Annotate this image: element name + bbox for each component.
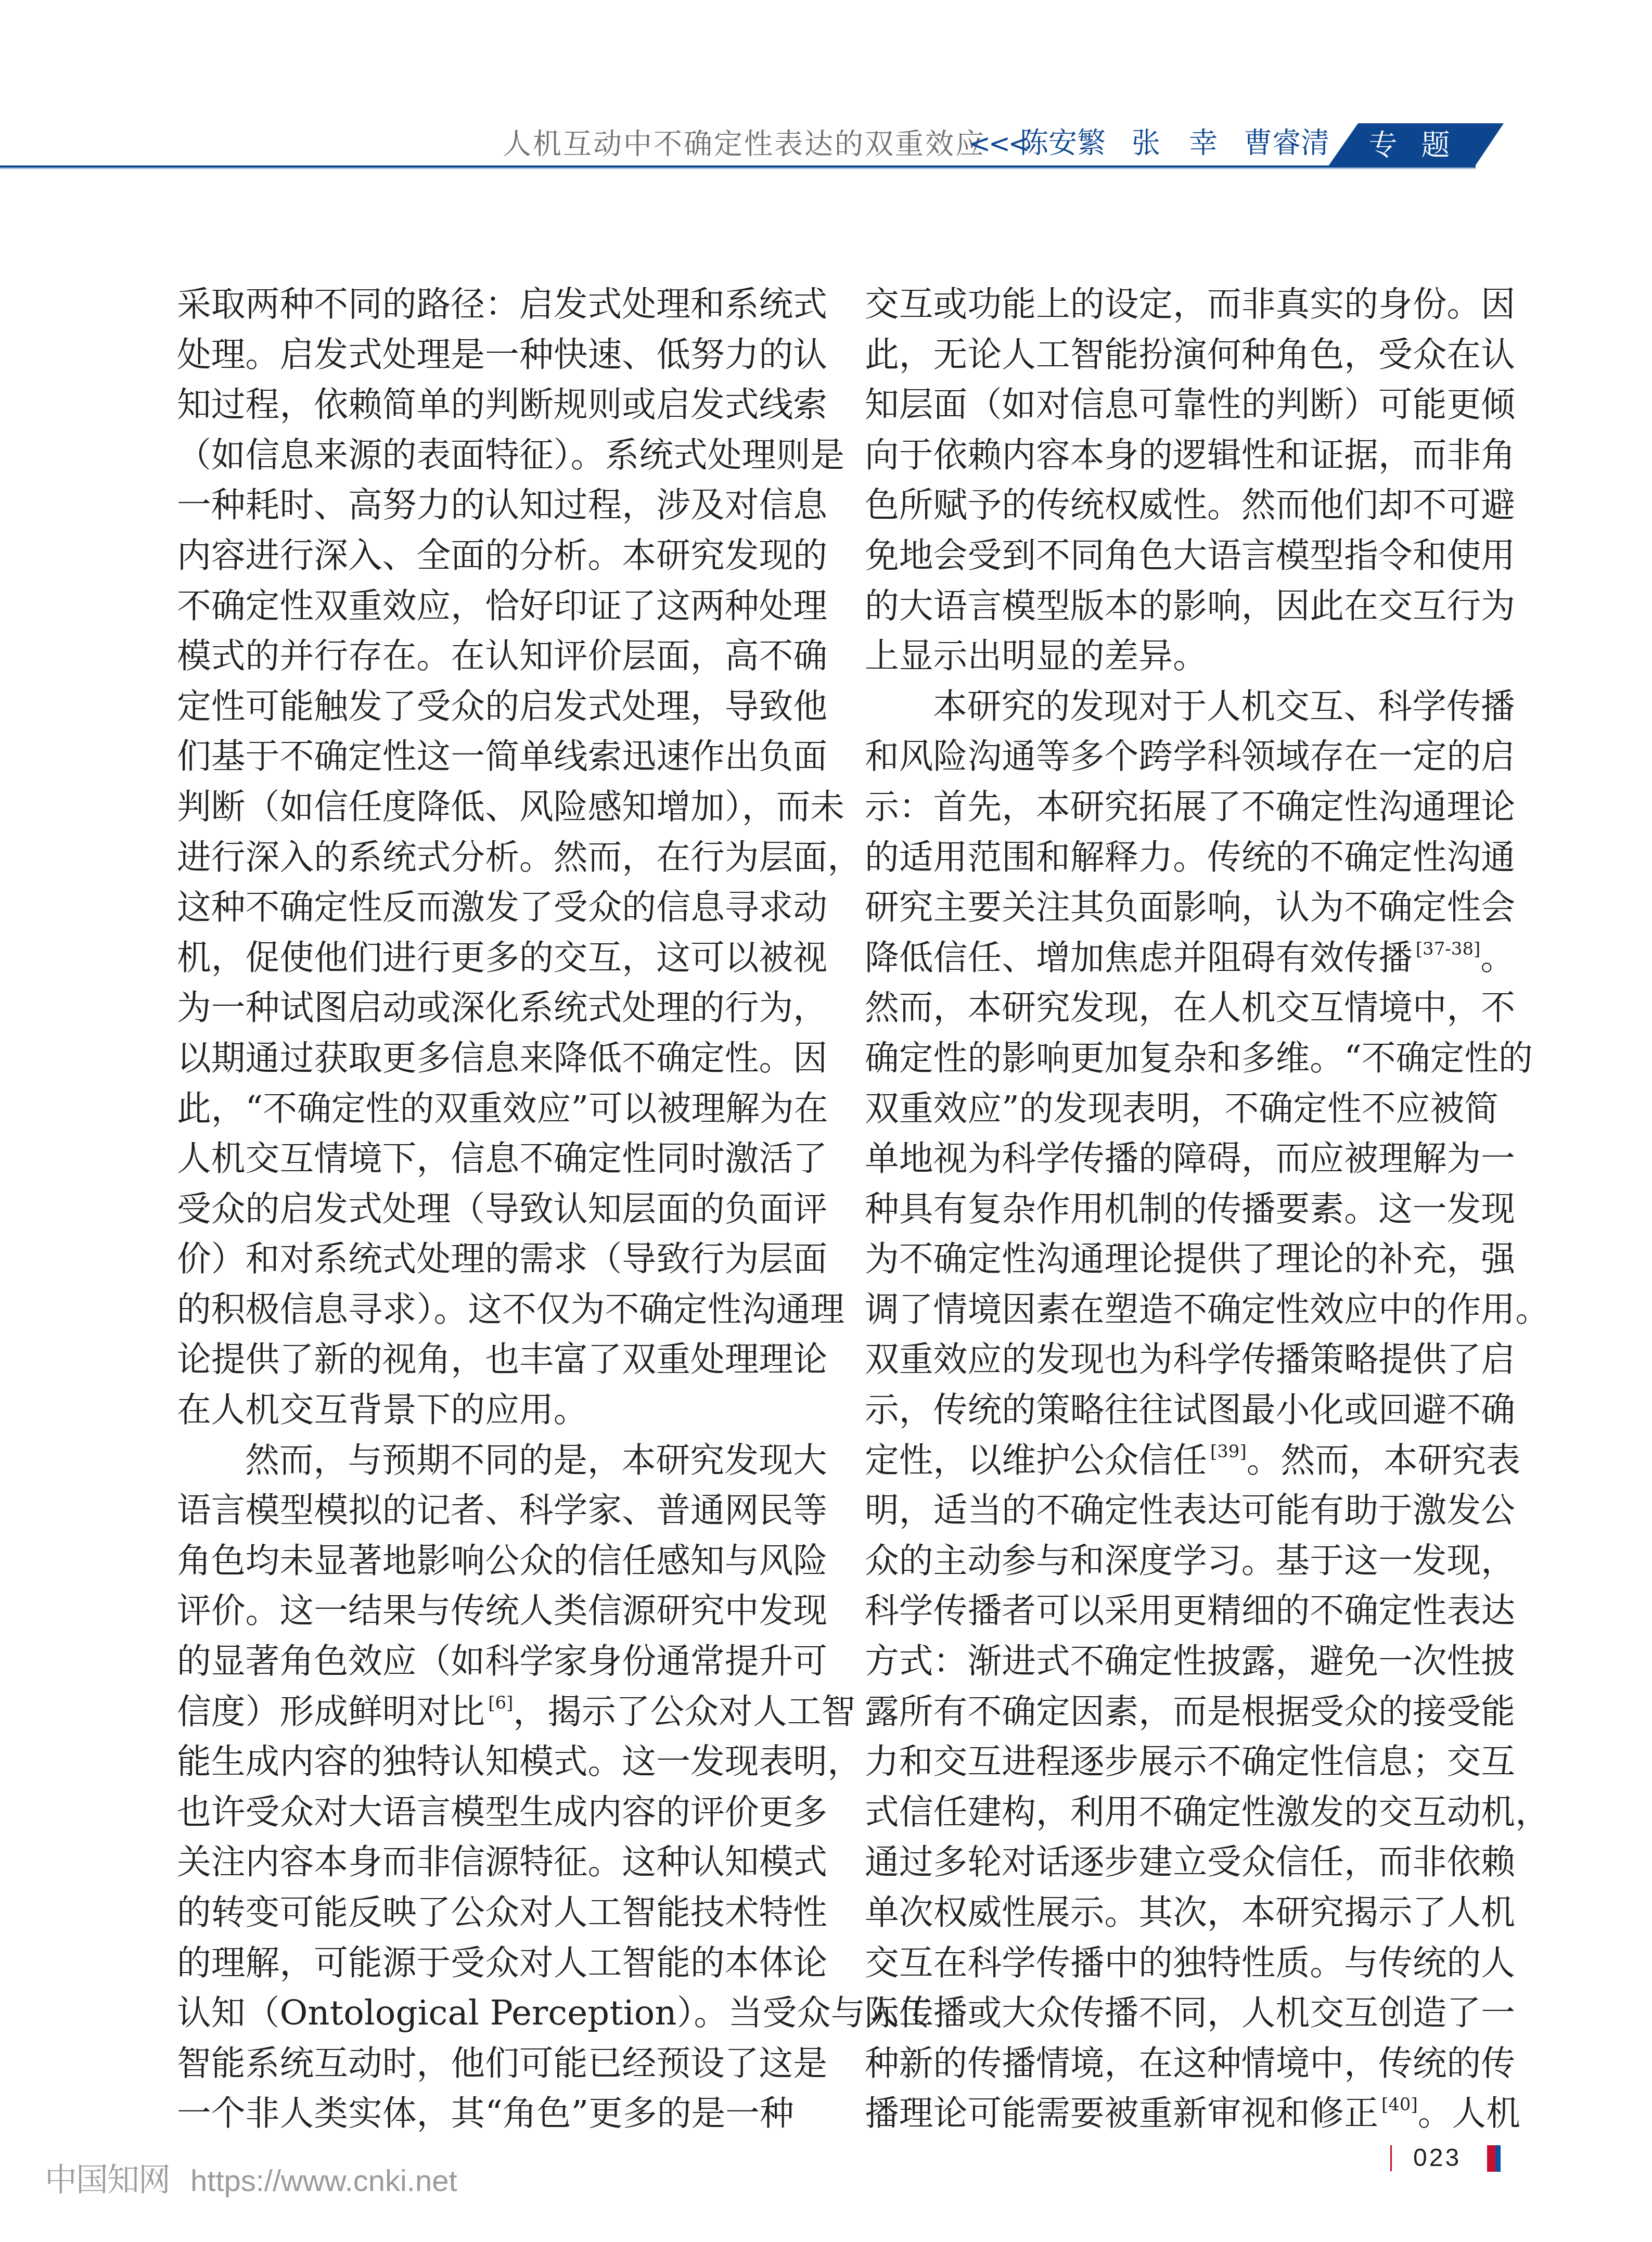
watermark-cn: 中国知网: [45, 2161, 170, 2199]
text-line: 判断（如信任度降低、风险感知增加），而未: [177, 782, 793, 832]
text-line: 以期通过获取更多信息来降低不确定性。因: [177, 1033, 793, 1084]
header-rule-light: [0, 168, 1476, 169]
text-line: 定性可能触发了受众的启发式处理，导致他: [177, 682, 793, 732]
text-line: 这种不确定性反而激发了受众的信息寻求动: [177, 882, 793, 933]
text-line: 示：首先，本研究拓展了不确定性沟通理论: [865, 782, 1481, 832]
text-line: 上显示出明显的差异。: [865, 631, 1481, 682]
citation-40: [40]: [1381, 2094, 1418, 2115]
text-line: 交互或功能上的设定，而非真实的身份。因: [865, 279, 1481, 330]
text-line: 不确定性双重效应，恰好印证了这两种处理: [177, 581, 793, 632]
text-line: 为一种试图启动或深化系统式处理的行为，: [177, 983, 793, 1033]
separator-chevrons: <<<: [969, 127, 1028, 160]
text-line-with-citation: 定性，以维护公众信任[39]。然而，本研究表: [865, 1436, 1481, 1486]
text-line: 们基于不确定性这一简单线索迅速作出负面: [177, 732, 793, 782]
watermark-url[interactable]: https://www.cnki.net: [190, 2164, 457, 2198]
left-column: 采取两种不同的路径：启发式处理和系统式 处理。启发式处理是一种快速、低努力的认 …: [177, 279, 793, 2139]
citation-39: [39]: [1210, 1441, 1247, 1462]
text-fragment: 播理论可能需要被重新审视和修正: [865, 2093, 1378, 2133]
authors: 陈安繁张 幸曹睿清: [1020, 126, 1355, 159]
text-line: 科学传播者可以采用更精细的不确定性表达: [865, 1586, 1481, 1636]
text-line: 交互在科学传播中的独特性质。与传统的人: [865, 1938, 1481, 1989]
text-line: 此，无论人工智能扮演何种角色，受众在认: [865, 330, 1481, 380]
text-line: 处理。启发式处理是一种快速、低努力的认: [177, 330, 793, 380]
page-tab-red: [1487, 2145, 1495, 2172]
text-line: 能生成内容的独特认知模式。这一发现表明，: [177, 1737, 793, 1787]
text-line: 力和交互进程逐步展示不确定性信息；交互: [865, 1737, 1481, 1787]
text-fragment: 降低信任、增加焦虑并阻碍有效传播: [865, 938, 1413, 978]
text-line: 免地会受到不同角色大语言模型指令和使用: [865, 531, 1481, 581]
text-line: 的积极信息寻求）。这不仅为不确定性沟通理: [177, 1285, 793, 1335]
text-line-with-citation: 降低信任、增加焦虑并阻碍有效传播[37-38]。: [865, 933, 1481, 983]
text-line: 的显著角色效应（如科学家身份通常提升可: [177, 1636, 793, 1687]
page-number-divider: [1390, 2145, 1392, 2171]
text-line: 的大语言模型版本的影响，因此在交互行为: [865, 581, 1481, 632]
text-line-with-citation: 播理论可能需要被重新审视和修正[40]。人机: [865, 2089, 1481, 2139]
text-line: 知层面（如对信息可靠性的判断）可能更倾: [865, 380, 1481, 430]
text-line: 单次权威性展示。其次，本研究揭示了人机: [865, 1888, 1481, 1938]
text-line: 种具有复杂作用机制的传播要素。这一发现: [865, 1184, 1481, 1235]
text-line: 际传播或大众传播不同，人机交互创造了一: [865, 1988, 1481, 2039]
text-line: 确定性的影响更加复杂和多维。“不确定性的: [865, 1033, 1481, 1084]
text-line: 的适用范围和解释力。传统的不确定性沟通: [865, 832, 1481, 883]
text-line: 和风险沟通等多个跨学科领域存在一定的启: [865, 732, 1481, 782]
text-line: 众的主动参与和深度学习。基于这一发现，: [865, 1536, 1481, 1586]
citation-37-38: [37-38]: [1416, 939, 1481, 959]
text-line: 受众的启发式处理（导致认知层面的负面评: [177, 1184, 793, 1235]
text-fragment: 。然而，本研究表: [1247, 1440, 1520, 1480]
text-line: 方式：渐进式不确定性披露，避免一次性披: [865, 1636, 1481, 1687]
text-line: 一种耗时、高努力的认知过程，涉及对信息: [177, 480, 793, 531]
article-title: 人机互动中不确定性表达的双重效应: [503, 127, 985, 160]
text-line: 双重效应”的发现表明，不确定性不应被简: [865, 1084, 1481, 1134]
text-line: 明，适当的不确定性表达可能有助于激发公: [865, 1485, 1481, 1536]
text-line: 色所赋予的传统权威性。然而他们却不可避: [865, 480, 1481, 531]
text-line: （如信息来源的表面特征）。系统式处理则是: [177, 430, 793, 481]
text-line: 向于依赖内容本身的逻辑性和证据，而非角: [865, 430, 1481, 481]
page-tab-blue: [1495, 2145, 1501, 2172]
text-line: 调了情境因素在塑造不确定性效应中的作用。: [865, 1285, 1481, 1335]
section-badge: 专题: [1328, 123, 1504, 166]
text-line: 模式的并行存在。在认知评价层面，高不确: [177, 631, 793, 682]
text-line: 关注内容本身而非信源特征。这种认知模式: [177, 1837, 793, 1888]
paragraph-start-line: 然而，与预期不同的是，本研究发现大: [177, 1436, 793, 1486]
text-line: 单地视为科学传播的障碍，而应被理解为一: [865, 1134, 1481, 1184]
text-line: 一个非人类实体，其“角色”更多的是一种: [177, 2089, 793, 2139]
text-fragment: 。人机: [1418, 2093, 1520, 2133]
text-line: 智能系统互动时，他们可能已经预设了这是: [177, 2039, 793, 2089]
text-line-with-citation: 信度）形成鲜明对比[6]，揭示了公众对人工智: [177, 1687, 793, 1737]
text-line: 式信任建构，利用不确定性激发的交互动机，: [865, 1787, 1481, 1838]
cnki-watermark: 中国知网https://www.cnki.net: [45, 2154, 457, 2200]
text-line: 的转变可能反映了公众对人工智能技术特性: [177, 1888, 793, 1938]
text-line: 评价。这一结果与传统人类信源研究中发现: [177, 1586, 793, 1636]
author-1: 陈安繁: [1020, 126, 1106, 159]
text-line: 研究主要关注其负面影响，认为不确定性会: [865, 882, 1481, 933]
text-line: 采取两种不同的路径：启发式处理和系统式: [177, 279, 793, 330]
right-column: 交互或功能上的设定，而非真实的身份。因 此，无论人工智能扮演何种角色，受众在认 …: [865, 279, 1481, 2139]
text-line: 双重效应的发现也为科学传播策略提供了启: [865, 1335, 1481, 1385]
text-line: 知过程，依赖简单的判断规则或启发式线索: [177, 380, 793, 430]
text-line: 内容进行深入、全面的分析。本研究发现的: [177, 531, 793, 581]
text-line: 价）和对系统式处理的需求（导致行为层面: [177, 1234, 793, 1285]
text-line: 论提供了新的视角，也丰富了双重处理理论: [177, 1335, 793, 1385]
text-line: 通过多轮对话逐步建立受众信任，而非依赖: [865, 1837, 1481, 1888]
text-line: 认知（Ontological Perception）。当受众与人工: [177, 1988, 793, 2039]
author-2: 张 幸: [1132, 126, 1218, 159]
running-head: 人机互动中不确定性表达的双重效应 <<< 陈安繁张 幸曹睿清 专题: [0, 0, 1652, 172]
text-line: 在人机交互背景下的应用。: [177, 1385, 793, 1436]
text-fragment: ，揭示了公众对人工智: [513, 1692, 855, 1732]
text-line: 人机交互情境下，信息不确定性同时激活了: [177, 1134, 793, 1184]
paragraph-start-line: 本研究的发现对于人机交互、科学传播: [865, 682, 1481, 732]
text-line: 语言模型模拟的记者、科学家、普通网民等: [177, 1485, 793, 1536]
citation-6: [6]: [488, 1693, 513, 1713]
text-line: 种新的传播情境，在这种情境中，传统的传: [865, 2039, 1481, 2089]
text-line: 为不确定性沟通理论提供了理论的补充，强: [865, 1234, 1481, 1285]
section-badge-label: 专题: [1328, 123, 1504, 166]
author-3: 曹睿清: [1244, 126, 1329, 159]
text-line: 机，促使他们进行更多的交互，这可以被视: [177, 933, 793, 983]
text-fragment: 。: [1480, 938, 1515, 978]
text-line: 角色均未显著地影响公众的信任感知与风险: [177, 1536, 793, 1586]
text-line: 的理解，可能源于受众对人工智能的本体论: [177, 1938, 793, 1989]
text-fragment: 定性，以维护公众信任: [865, 1440, 1207, 1480]
text-line: 也许受众对大语言模型生成内容的评价更多: [177, 1787, 793, 1838]
text-line: 进行深入的系统式分析。然而，在行为层面，: [177, 832, 793, 883]
text-line: 此，“不确定性的双重效应”可以被理解为在: [177, 1084, 793, 1134]
text-line: 露所有不确定因素，而是根据受众的接受能: [865, 1687, 1481, 1737]
text-line: 然而，本研究发现，在人机交互情境中，不: [865, 983, 1481, 1033]
text-fragment: 信度）形成鲜明对比: [177, 1692, 485, 1732]
text-line: 示，传统的策略往往试图最小化或回避不确: [865, 1385, 1481, 1436]
page-number: 023: [1413, 2144, 1461, 2173]
